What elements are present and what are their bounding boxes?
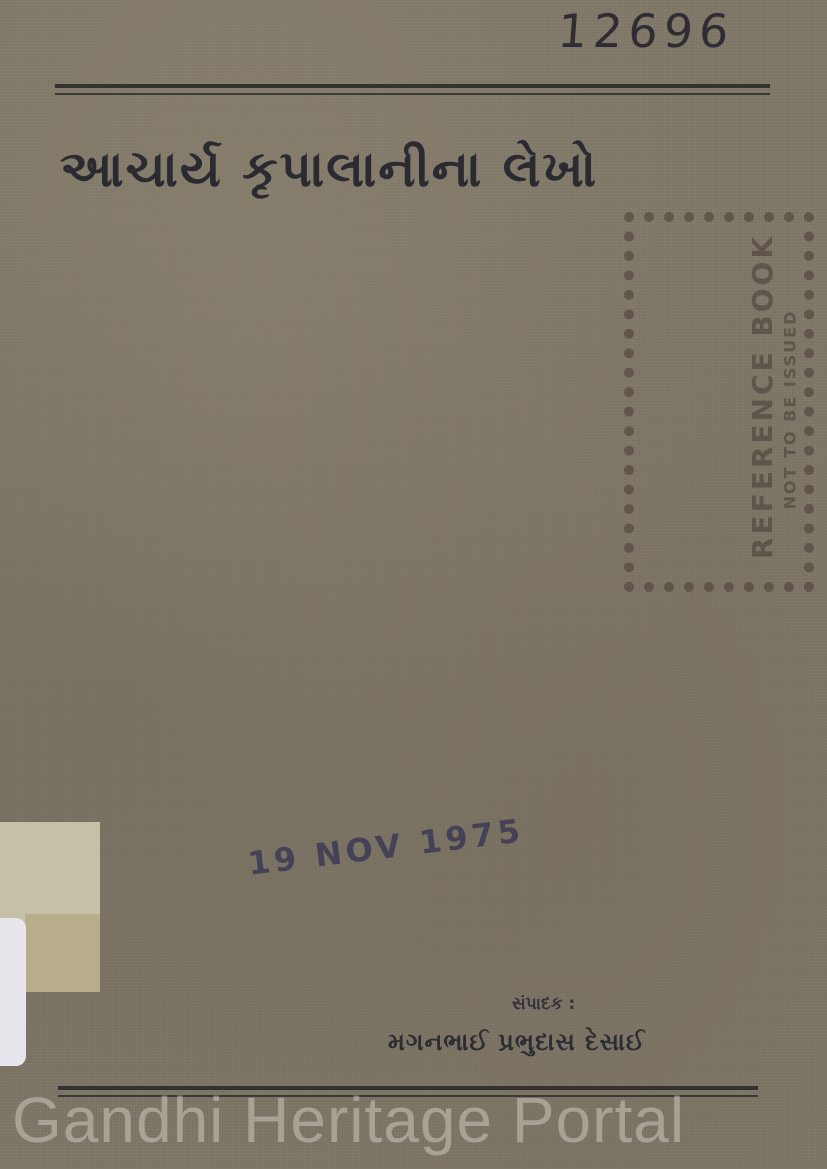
top-rule (55, 84, 770, 88)
accession-number: 12696 (556, 4, 736, 58)
stamp-text: REFERENCE BOOK (746, 234, 779, 559)
library-label (0, 822, 100, 992)
barcode-sticker (0, 918, 26, 1066)
watermark: Gandhi Heritage Portal (12, 1083, 685, 1157)
editor-label: સંપાદક : (512, 994, 575, 1014)
editor-name: મગનભાઈ પ્રભુદાસ દેસાઈ (388, 1028, 645, 1056)
label-lower-part (25, 914, 100, 992)
stamp-subtext: NOT TO BE ISSUED (780, 310, 799, 510)
book-title: આચાર્ય કૃપાલાનીના લેખો (60, 140, 780, 199)
top-rule-thin (55, 93, 770, 95)
